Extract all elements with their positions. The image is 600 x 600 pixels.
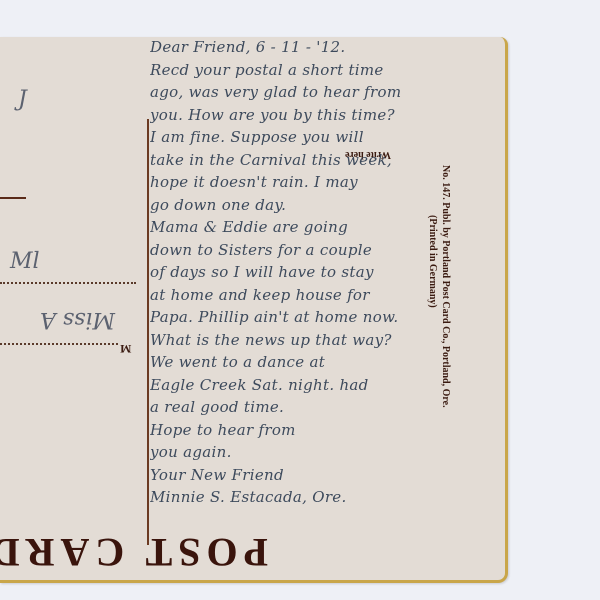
message-line: Dear Friend, 6 - 11 - '12. (150, 38, 500, 61)
message-line: Eagle Creek Sat. night. had (150, 376, 500, 399)
center-divider (147, 119, 149, 545)
message-line: Recd your postal a short time (150, 61, 500, 84)
signature-line: Minnie S. Estacada, Ore. (150, 488, 500, 511)
message-line: Mama & Eddie are going (150, 218, 500, 241)
message-line: What is the news up that way? (150, 331, 500, 354)
message-line: Hope to hear from (150, 421, 500, 444)
message-line: ago, was very glad to hear from (150, 83, 500, 106)
message-line: at home and keep house for (150, 286, 500, 309)
message-line: of days so I will have to stay (150, 263, 500, 286)
message-line: We went to a dance at (150, 353, 500, 376)
message-line: hope it doesn't rain. I may (150, 173, 500, 196)
message-line: you again. (150, 443, 500, 466)
m-label: M (120, 341, 131, 356)
post-card-title: POST CARD (0, 529, 268, 576)
message-line: Papa. Phillip ain't at home now. (150, 308, 500, 331)
stamp-line (0, 197, 26, 199)
address-line-1 (0, 282, 136, 284)
address-handwriting-3: Miss A (40, 307, 115, 332)
message-line: take in the Carnival this week, (150, 151, 500, 174)
message-line: a real good time. (150, 398, 500, 421)
handwritten-message: Dear Friend, 6 - 11 - '12. Recd your pos… (150, 38, 500, 511)
message-line: I am fine. Suppose you will (150, 128, 500, 151)
address-line-2 (0, 343, 118, 345)
message-line: go down one day. (150, 196, 500, 219)
message-line: Your New Friend (150, 466, 500, 489)
address-handwriting-2: Ml (10, 249, 40, 274)
message-line: you. How are you by this time? (150, 106, 500, 129)
address-handwriting-1: J (18, 87, 27, 112)
message-line: down to Sisters for a couple (150, 241, 500, 264)
